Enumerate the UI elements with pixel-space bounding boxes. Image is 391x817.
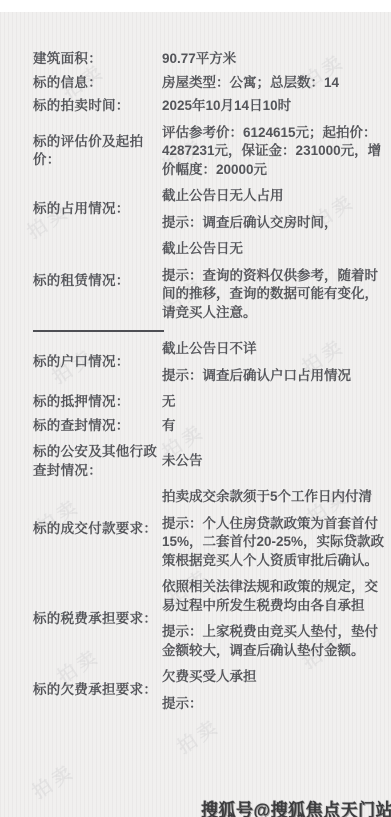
row-label: 标的公安及其他行政查封情况：: [33, 443, 162, 480]
row-value: 提示：调查后确认户口占用情况: [162, 367, 385, 386]
row-label: 标的户口情况：: [33, 353, 162, 372]
row-value: 欠费买受人承担: [162, 668, 385, 687]
info-row-target-info: 标的信息： 房屋类型：公寓；总层数：14: [33, 74, 385, 93]
row-label: 标的信息：: [33, 74, 162, 93]
row-value: 依照相关法律法规和政策的规定，交易过程中所发生税费均由各自承担: [162, 578, 385, 615]
info-row-tax-requirements: 标的税费承担要求： 依照相关法律法规和政策的规定，交易过程中所发生税费均由各自承…: [33, 578, 385, 660]
row-value: 评估参考价：6124615元；起拍价：4287231元，保证金：231000元，…: [162, 124, 385, 180]
info-row-mortgage: 标的抵押情况： 无: [33, 393, 385, 412]
info-row-arrears-requirements: 标的欠费承担要求： 欠费买受人承担 提示：: [33, 668, 385, 713]
info-row-building-area: 建筑面积： 90.77平方米: [33, 50, 385, 69]
info-row-payment-requirements: 标的成交付款要求： 拍卖成交余款须于5个工作日内付清 提示：个人住房贷款政策为首…: [33, 488, 385, 570]
row-value: 房屋类型：公寓；总层数：14: [162, 74, 385, 93]
row-label: 标的查封情况：: [33, 417, 162, 436]
row-label: 标的占用情况：: [33, 200, 162, 219]
sohu-watermark: 搜狐号@搜狐焦点天门站: [201, 795, 391, 817]
info-row-valuation-start-price: 标的评估价及起拍价： 评估参考价：6124615元；起拍价：4287231元，保…: [33, 124, 385, 180]
row-label: 标的抵押情况：: [33, 393, 162, 412]
info-row-auction-time: 标的拍卖时间： 2025年10月14日10时: [33, 97, 385, 116]
row-label: 标的评估价及起拍价：: [33, 133, 162, 170]
row-value: 提示：调查后确认交房时间，: [162, 214, 385, 233]
document-sheet: 拍卖 拍卖 拍卖 拍卖 拍卖 拍卖 拍卖 拍卖 拍卖 拍卖 拍卖 拍卖 拍卖 拍…: [0, 12, 391, 817]
row-value: 截止公告日无人占用: [162, 187, 385, 206]
info-row-police-admin-seizure: 标的公安及其他行政查封情况： 未公告: [33, 443, 385, 480]
row-label: 标的税费承担要求：: [33, 610, 162, 629]
row-value: 90.77平方米: [162, 50, 385, 69]
info-row-household-registration: 标的户口情况： 截止公告日不详 提示：调查后确认户口占用情况: [33, 340, 385, 385]
row-value: 提示：: [162, 695, 385, 714]
row-value: 未公告: [162, 452, 385, 471]
row-value: 截止公告日无: [162, 240, 385, 259]
row-value: 有: [162, 417, 385, 436]
row-value: 2025年10月14日10时: [162, 97, 385, 116]
row-value: 提示：个人住房贷款政策为首套首付15%，二套首付20-25%，实际贷款政策根据竞…: [162, 515, 385, 571]
row-label: 标的拍卖时间：: [33, 97, 162, 116]
diagonal-watermark: 拍卖: [26, 757, 79, 805]
row-value: 提示：上家税费由竞买人垫付，垫付金额较大，调查后确认垫付金额。: [162, 623, 385, 660]
auction-detail-page: 拍卖 拍卖 拍卖 拍卖 拍卖 拍卖 拍卖 拍卖 拍卖 拍卖 拍卖 拍卖 拍卖 拍…: [0, 0, 391, 817]
row-value: 截止公告日不详: [162, 340, 385, 359]
info-row-lease: 标的租赁情况： 截止公告日无 提示：查询的资料仅供参考，随着时间的推移，查询的数…: [33, 240, 385, 322]
row-label: 建筑面积：: [33, 50, 162, 69]
diagonal-watermark: 拍卖: [171, 712, 224, 760]
row-label: 标的租赁情况：: [33, 272, 162, 291]
auction-info-table: 建筑面积： 90.77平方米 标的信息： 房屋类型：公寓；总层数：14 标的拍卖…: [0, 12, 391, 713]
row-value: 拍卖成交余款须于5个工作日内付清: [162, 488, 385, 507]
row-value: 提示：查询的资料仅供参考，随着时间的推移，查询的数据可能有变化，请竞买人注意。: [162, 267, 385, 323]
row-value: 无: [162, 393, 385, 412]
section-divider: [33, 330, 164, 332]
row-label: 标的欠费承担要求：: [33, 681, 162, 700]
info-row-seizure: 标的查封情况： 有: [33, 417, 385, 436]
row-label: 标的成交付款要求：: [33, 520, 162, 539]
info-row-occupancy: 标的占用情况： 截止公告日无人占用 提示：调查后确认交房时间，: [33, 187, 385, 232]
